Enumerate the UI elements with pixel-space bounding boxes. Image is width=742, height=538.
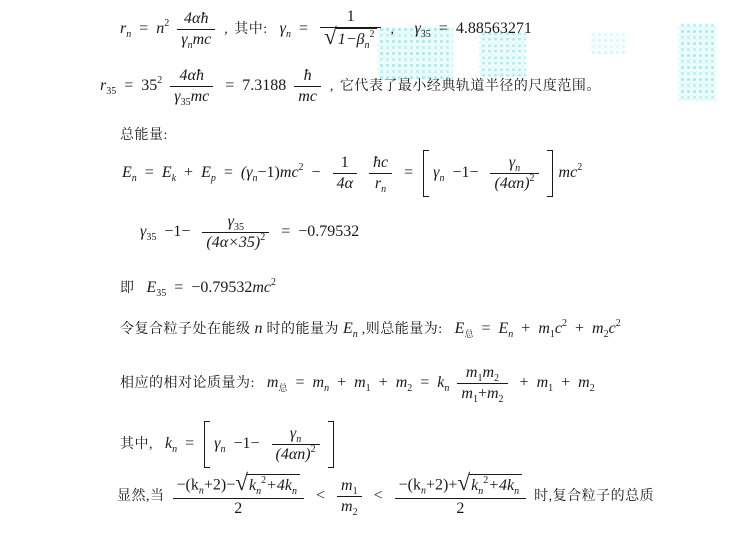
denominator: (4αn) — [276, 446, 311, 463]
var-c: c — [555, 320, 562, 337]
denominator: 2 — [234, 500, 242, 517]
var-E-total: E — [455, 320, 465, 337]
equals-sign: = — [295, 374, 304, 391]
numerator: 4αħ — [184, 10, 208, 27]
superscript: 2 — [530, 173, 535, 184]
right-bracket — [328, 421, 334, 468]
e35-value: −0.79532 — [191, 279, 252, 296]
subscript: n — [132, 173, 137, 184]
subscript: n — [478, 486, 483, 497]
equals-sign: = — [225, 77, 234, 94]
comma: , — [224, 22, 228, 37]
numerator: −(k — [399, 477, 421, 494]
superscript: 2 — [157, 75, 162, 86]
var-m: m — [578, 374, 590, 391]
superscript: 2 — [311, 444, 316, 455]
subscript: 1 — [366, 383, 371, 394]
coefficient: 35 — [141, 77, 157, 94]
denominator: (4αn) — [494, 175, 529, 192]
numerator: m — [341, 477, 353, 494]
line-inequality: 显然,当 −(kn+2)−√kn2+4kn 2 < m1 m2 < −(kn+2… — [117, 474, 654, 519]
equals-sign: = — [185, 435, 194, 452]
denominator: m — [461, 385, 473, 402]
subscript: n — [296, 434, 301, 445]
fraction: m1 m2 — [337, 476, 362, 517]
mc-term: mc — [252, 279, 271, 296]
radicand: 1−β — [338, 31, 365, 48]
fraction: γn (4αn)2 — [490, 153, 538, 194]
equals-sign: = — [124, 77, 133, 94]
denominator-mc: mc — [191, 88, 210, 105]
numerator: 1 — [341, 154, 349, 171]
var-m: m — [354, 374, 366, 391]
subscript: 2 — [590, 383, 595, 394]
paren-gamma: (γ — [241, 164, 253, 181]
denominator: mc — [298, 88, 317, 105]
subscript: 2 — [353, 507, 358, 518]
bracket-group: γn −1− γn (4αn)2 — [204, 421, 333, 468]
equals-sign: = — [299, 20, 308, 37]
right-bracket — [547, 150, 553, 197]
comma: , — [390, 22, 394, 37]
numerator: m — [482, 364, 494, 381]
less-than-sign: < — [316, 487, 325, 504]
fraction: 1 4α — [333, 153, 357, 194]
fraction: ħc rn — [369, 153, 392, 194]
equals-sign: = — [174, 279, 183, 296]
result-value: −0.79532 — [298, 223, 359, 240]
heading-total-energy: 总能量: — [120, 124, 168, 144]
plus-sign: + — [561, 374, 570, 391]
fraction: ħ mc — [294, 66, 321, 107]
formula-r35: r35 = 352 4αħ γ35mc = 7.3188 ħ mc , 它代表了… — [100, 66, 601, 107]
subscript: n — [364, 40, 369, 51]
denominator: m — [487, 385, 499, 402]
subscript: 2 — [499, 394, 504, 405]
var-m: m — [592, 320, 604, 337]
subscript: 1 — [548, 383, 553, 394]
subscript: n — [514, 486, 519, 497]
plus-sign: + — [478, 385, 487, 402]
formula-e35: 即 E35 = −0.79532mc2 — [120, 277, 276, 297]
bracket-group: γn −1− γn (4αn)2 — [423, 150, 552, 197]
prefix-text: 其中, — [120, 437, 153, 452]
denominator-mc: mc — [193, 31, 212, 48]
equals-sign: = — [420, 374, 429, 391]
subscript: n — [292, 486, 297, 497]
fraction: γn (4αn)2 — [272, 424, 320, 465]
var-m: m — [537, 374, 549, 391]
fraction: −(kn+2)+√kn2+4kn 2 — [395, 474, 526, 519]
var-c: c — [609, 320, 616, 337]
subscript: n — [444, 383, 449, 394]
superscript: 2 — [299, 162, 304, 173]
watermark-block — [678, 24, 717, 102]
radicand: +4k — [488, 477, 514, 494]
equals-sign: = — [224, 164, 233, 181]
subscript: n — [324, 383, 329, 394]
mc-term: mc — [280, 164, 299, 181]
fraction: m1m2 m1+m2 — [457, 363, 507, 404]
sentence-text: 时的能量为 — [267, 322, 340, 337]
plus-sign: + — [337, 374, 346, 391]
subscript: 35 — [106, 86, 116, 97]
numerator: 1 — [347, 8, 355, 25]
sentence-text: 时,复合粒子的总质 — [534, 489, 654, 504]
var-m: m — [538, 320, 550, 337]
superscript: 2 — [164, 18, 169, 29]
plus-sign: + — [575, 320, 584, 337]
minus-one-minus: −1− — [233, 435, 259, 452]
subscript: 35 — [181, 97, 191, 108]
paren-close: −1) — [258, 164, 280, 181]
var-E: E — [201, 164, 211, 181]
gamma35-value: 4.88563271 — [456, 20, 532, 37]
subscript: n — [286, 29, 291, 40]
square-root: √kn2+4kn — [457, 474, 522, 496]
denominator: m — [341, 498, 353, 515]
subscript: 2 — [494, 373, 499, 384]
minus-sign: − — [312, 164, 321, 181]
var-m: m — [313, 374, 325, 391]
numerator: ħ — [304, 67, 312, 84]
var-E: E — [122, 164, 132, 181]
fraction: 1 √1−βn2 — [320, 7, 382, 52]
var-m-total: m — [267, 374, 279, 391]
plus-sign: + — [521, 320, 530, 337]
prefix-text: 即 — [120, 281, 135, 296]
var-E: E — [147, 279, 157, 296]
subscript-total: 总 — [464, 329, 473, 339]
formula-kn: 其中, kn = γn −1− γn (4αn)2 — [120, 421, 336, 468]
equals-sign: = — [139, 20, 148, 37]
superscript: 2 — [562, 318, 567, 329]
var-n: n — [255, 320, 263, 337]
denominator: 2 — [456, 500, 464, 517]
radicand: +4k — [266, 477, 292, 494]
equals-sign: = — [404, 164, 413, 181]
superscript: 2 — [271, 277, 276, 288]
var-E: E — [343, 320, 353, 337]
subscript: n — [220, 444, 225, 455]
var-m: m — [396, 374, 408, 391]
subscript-total: 总 — [278, 383, 287, 393]
subscript: 35 — [421, 29, 431, 40]
sentence-text: ,则总能量为: — [362, 322, 443, 337]
r35-value: 7.3188 — [242, 77, 286, 94]
line-composite-energy: 令复合粒子处在能级 n 时的能量为 En ,则总能量为: E总 = En + m… — [120, 318, 621, 338]
fraction: 4αħ γnmc — [177, 9, 215, 50]
subscript: 35 — [156, 288, 166, 299]
plus-sign: + — [184, 164, 193, 181]
subscript: n — [172, 444, 177, 455]
subscript: 35 — [146, 232, 156, 243]
var-E: E — [499, 320, 509, 337]
caption-text: 它代表了最小经典轨道半径的尺度范围。 — [340, 79, 601, 94]
left-bracket — [204, 421, 210, 468]
formula-en: En = Ek + Ep = (γn−1)mc2 − 1 4α ħc rn = … — [122, 150, 582, 197]
subscript: 1 — [353, 486, 358, 497]
subscript: n — [256, 486, 261, 497]
subscript: n — [126, 29, 131, 40]
subscript: n — [381, 184, 386, 195]
subscript: 35 — [234, 222, 244, 233]
comma: , — [330, 79, 334, 94]
subscript: n — [508, 329, 513, 340]
subscript: n — [439, 173, 444, 184]
formula-rn: rn = n2 4αħ γnmc , 其中: γn = 1 √1−βn2 , γ… — [120, 7, 532, 52]
minus-one-minus: −1− — [452, 164, 478, 181]
sentence-text: 显然,当 — [117, 489, 165, 504]
numerator: 4αħ — [180, 67, 204, 84]
square-root: √kn2+4kn — [235, 474, 300, 496]
numerator: +2)− — [204, 477, 235, 494]
mc-term: mc — [559, 164, 578, 181]
sentence-text: 相应的相对论质量为: — [120, 376, 255, 391]
line-relativistic-mass: 相应的相对论质量为: m总 = mn + m1 + m2 = kn m1m2 m… — [120, 363, 595, 404]
radicand: k — [249, 477, 256, 494]
less-than-sign: < — [374, 487, 383, 504]
equals-sign: = — [439, 20, 448, 37]
plus-sign: + — [379, 374, 388, 391]
denominator: 4α — [337, 175, 353, 192]
square-root: √1−βn2 — [324, 28, 378, 50]
subscript: k — [172, 173, 176, 184]
numerator: m — [466, 364, 478, 381]
fraction: −(kn+2)−√kn2+4kn 2 — [173, 474, 304, 519]
subscript: 2 — [407, 383, 412, 394]
numerator: ħc — [373, 154, 388, 171]
numerator: −(k — [177, 477, 199, 494]
fraction: 4αħ γ35mc — [170, 66, 213, 107]
left-bracket — [423, 150, 429, 197]
formula-gamma35: γ35 −1− γ35 (4α×35)2 = −0.79532 — [140, 212, 359, 253]
minus-one-minus: −1− — [164, 223, 190, 240]
var-E: E — [162, 164, 172, 181]
among-label: 其中: — [234, 22, 267, 37]
superscript: 2 — [369, 29, 374, 40]
equals-sign: = — [481, 320, 490, 337]
superscript: 2 — [260, 232, 265, 243]
subscript: n — [353, 329, 358, 340]
plus-sign: + — [520, 374, 529, 391]
numerator: +2)+ — [426, 477, 457, 494]
superscript: 2 — [616, 318, 621, 329]
watermark-block — [589, 33, 625, 55]
denominator: (4α×35) — [206, 234, 260, 251]
equals-sign: = — [145, 164, 154, 181]
superscript: 2 — [577, 162, 582, 173]
equals-sign: = — [281, 223, 290, 240]
subscript: n — [515, 163, 520, 174]
sentence-text: 令复合粒子处在能级 — [120, 322, 251, 337]
subscript: p — [211, 173, 216, 184]
fraction: γ35 (4α×35)2 — [202, 212, 269, 253]
